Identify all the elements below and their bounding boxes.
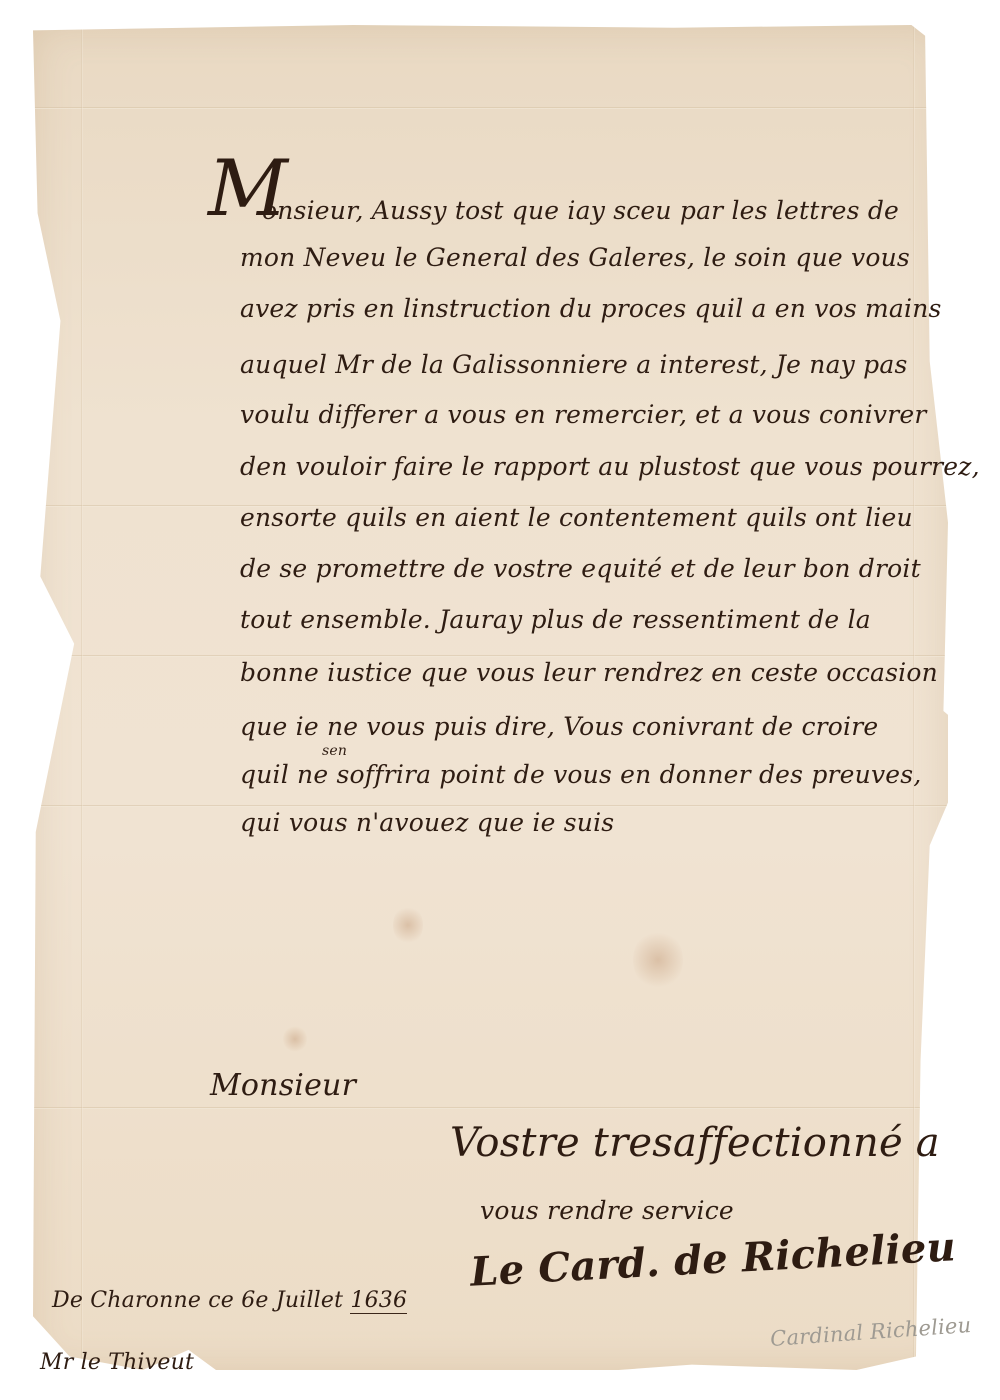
- letter-line-11: que ie ne vous puis dire, Vous conivrant…: [240, 712, 878, 741]
- letter-line-1: onsieur, Aussy tost que iay sceu par les…: [262, 196, 899, 225]
- letter-line-13: qui vous n'avouez que ie suis: [240, 808, 614, 837]
- letter-line-5: voulu differer a vous en remercier, et a…: [240, 400, 927, 429]
- closing-salutation: Monsieur: [210, 1068, 356, 1103]
- fold-line-vertical: [81, 25, 83, 1370]
- letter-line-4: auquel Mr de la Galissonniere a interest…: [240, 350, 907, 379]
- fold-line: [33, 805, 948, 807]
- stain: [633, 930, 683, 990]
- letter-paper: [33, 25, 948, 1370]
- letter-line-2: mon Neveu le General des Galeres, le soi…: [240, 243, 910, 272]
- fold-line: [33, 655, 948, 657]
- closing-line-1: Vostre tresaffectionné a: [450, 1120, 940, 1166]
- letter-line-7: ensorte quils en aient le contentement q…: [240, 503, 913, 532]
- letter-line-10: bonne iustice que vous leur rendrez en c…: [240, 658, 938, 687]
- stain: [393, 905, 423, 945]
- fold-line-vertical: [913, 25, 915, 1370]
- letter-line-6: den vouloir faire le rapport au plustost…: [240, 452, 980, 481]
- fold-line: [33, 1107, 948, 1109]
- letter-line-3: avez pris en linstruction du proces quil…: [240, 294, 942, 323]
- letter-line-12: quil ne soffrira point de vous en donner…: [240, 760, 921, 789]
- recipient-note: Mr le Thiveut: [40, 1350, 194, 1375]
- letter-line-8: de se promettre de vostre equité et de l…: [240, 554, 921, 583]
- dateline: De Charonne ce 6e Juillet 1636: [52, 1288, 407, 1313]
- dateline-prefix: De Charonne ce 6e Juillet: [52, 1288, 350, 1313]
- closing-line-2: vous rendre service: [480, 1196, 734, 1225]
- dateline-year: 1636: [350, 1288, 407, 1314]
- fold-line: [33, 107, 948, 109]
- interlinear-insertion: sen: [322, 743, 347, 759]
- stain: [283, 1025, 307, 1053]
- letter-line-9: tout ensemble. Jauray plus de ressentime…: [240, 605, 871, 634]
